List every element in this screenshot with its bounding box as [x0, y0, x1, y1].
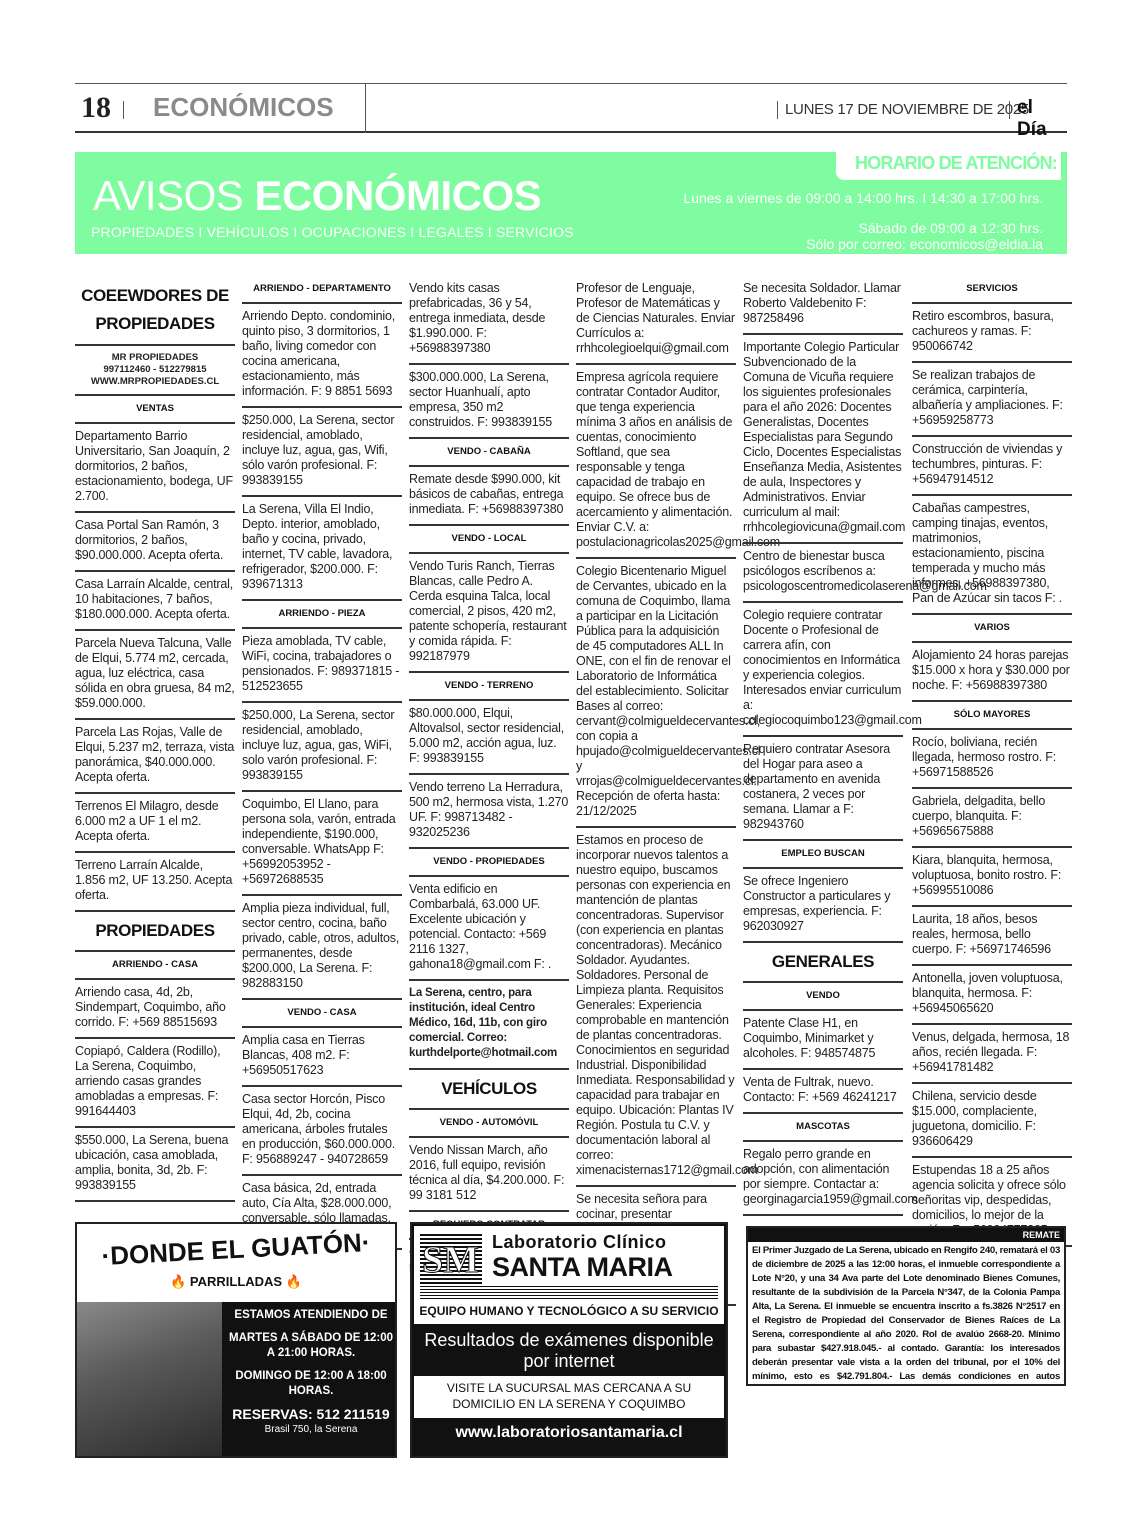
- subsection-label: SÓLO MAYORES: [912, 702, 1072, 730]
- classified-ad: $300.000.000, La Serena, sector Huanhual…: [409, 365, 569, 439]
- lab-logo: SM: [420, 1234, 482, 1290]
- column-1: COEEWDORES DE PROPIEDADES MR PROPIEDADES…: [75, 276, 235, 1202]
- visit-text: VISITE LA SUCURSAL MAS CERCANA A SU DOMI…: [414, 1376, 724, 1418]
- classifieds-banner: AVISOS ECONÓMICOS PROPIEDADES I VEHÍCULO…: [75, 152, 1067, 254]
- subsection-label: MASCOTAS: [743, 1114, 903, 1142]
- classified-ad: Arriendo Depto. condominio, quinto piso,…: [242, 304, 402, 408]
- column-4: Profesor de Lenguaje, Profesor de Matemá…: [576, 276, 736, 1306]
- classified-ad: Terreno Larraín Alcalde, 1.856 m2, UF 13…: [75, 853, 235, 912]
- subsection-label: VENDO - AUTOMÓVIL: [409, 1110, 569, 1138]
- subsection-label: SERVICIOS: [912, 276, 1072, 304]
- restaurant-subtitle: 🔥 PARRILLADAS 🔥: [77, 1274, 395, 1290]
- email-contact: Sólo por correo: economicos@eldia.la: [806, 236, 1043, 252]
- classified-ad: Empresa agrícola requiere contratar Cont…: [576, 365, 736, 559]
- section-title: ECONÓMICOS: [153, 92, 334, 123]
- subsection-label: EMPLEO BUSCAN: [743, 841, 903, 869]
- hours-saturday: Sábado de 09:00 a 12:30 hrs.: [859, 220, 1043, 236]
- subsection-label: VARIOS: [912, 615, 1072, 643]
- classified-ad: Regalo perro grande en adopción, con ali…: [743, 1142, 903, 1216]
- classified-ad: Amplia casa en Tierras Blancas, 408 m2. …: [242, 1028, 402, 1087]
- classified-ad: Casa Larraín Alcalde, central, 10 habita…: [75, 572, 235, 631]
- classified-ad: Vendo Nissan March, año 2016, full equip…: [409, 1138, 569, 1212]
- classified-ad: Importante Colegio Particular Subvencion…: [743, 335, 903, 544]
- classified-ad: Copiapó, Caldera (Rodillo), La Serena, C…: [75, 1039, 235, 1128]
- classified-ad: Laurita, 18 años, besos reales, hermosa,…: [912, 907, 1072, 966]
- column-2: ARRIENDO - DEPARTAMENTO Arriendo Depto. …: [242, 276, 402, 1250]
- classified-ad: Retiro escombros, basura, cachureos y ra…: [912, 304, 1072, 363]
- ad-header: SM Laboratorio Clínico SANTA MARIA EQUIP…: [414, 1226, 724, 1324]
- classified-ad: Parcela Las Rojas, Valle de Elqui, 5.237…: [75, 720, 235, 794]
- ad-laboratorio-santa-maria: SM Laboratorio Clínico SANTA MARIA EQUIP…: [410, 1222, 728, 1458]
- restaurant-name: ·DONDE EL GUATÓN·: [76, 1226, 395, 1274]
- classified-ad: $550.000, La Serena, buena ubicación, ca…: [75, 1128, 235, 1202]
- issue-date: LUNES 17 DE NOVIEMBRE DE 2025: [785, 101, 1029, 118]
- classified-ad: Departamento Barrio Universitario, San J…: [75, 424, 235, 513]
- subsection-label: ARRIENDO - DEPARTAMENTO: [242, 276, 402, 304]
- classified-ad: Antonella, joven voluptuosa, blanquita, …: [912, 966, 1072, 1025]
- subsection-label: VENDO - CASA: [242, 1000, 402, 1028]
- subsection-label: VENDO: [743, 983, 903, 1011]
- divider: [1009, 101, 1010, 119]
- flame-icon: 🔥: [282, 1274, 302, 1289]
- divider: [777, 101, 778, 119]
- classified-ad: $250.000, La Serena, sector residencial,…: [242, 408, 402, 497]
- section-heading: VEHÍCULOS: [409, 1070, 569, 1110]
- hours-title: HORARIO DE ATENCIÓN:: [855, 153, 1057, 174]
- classified-ad: Cabañas campestres, camping tinajas, eve…: [912, 496, 1072, 615]
- featured-ad: La Serena, centro, para institución, ide…: [409, 981, 569, 1070]
- page-number: 18: [81, 91, 111, 125]
- classified-ad: Centro de bienestar busca psicólogos esc…: [743, 544, 903, 603]
- classified-ad: Kiara, blanquita, hermosa, voluptuosa, b…: [912, 848, 1072, 907]
- classified-ad: Vendo kits casas prefabricadas, 36 y 54,…: [409, 276, 569, 365]
- divider: [365, 83, 366, 133]
- classified-ad: Se realizan trabajos de cerámica, carpin…: [912, 363, 1072, 437]
- classified-ad: Requiero contratar Asesora del Hogar par…: [743, 737, 903, 841]
- classified-ad: Casa Portal San Ramón, 3 dormitorios, 2 …: [75, 513, 235, 572]
- classified-ad: Colegio Bicentenario Miguel de Cervantes…: [576, 559, 736, 828]
- classified-ad: Venta edificio en Combarbalá, 63.000 UF.…: [409, 877, 569, 981]
- flame-icon: 🔥: [170, 1274, 190, 1289]
- classified-ad: $80.000.000, Elqui, Altovalsol, sector r…: [409, 701, 569, 775]
- masthead: 18 ECONÓMICOS LUNES 17 DE NOVIEMBRE DE 2…: [75, 85, 1067, 133]
- classified-ad: Pieza amoblada, TV cable, WiFi, cocina, …: [242, 629, 402, 703]
- subsection-label: VENDO - LOCAL: [409, 526, 569, 554]
- classified-ad: Amplia pieza individual, full, sector ce…: [242, 896, 402, 1000]
- column-3: Vendo kits casas prefabricadas, 36 y 54,…: [409, 276, 569, 1312]
- grill-photo: [77, 1302, 222, 1458]
- classified-ad: Profesor de Lenguaje, Profesor de Matemá…: [576, 276, 736, 365]
- classified-ad: Arriendo casa, 4d, 2b, Sindempart, Coqui…: [75, 980, 235, 1039]
- classified-ad: Construcción de viviendas y techumbres, …: [912, 437, 1072, 496]
- subsection-label: VENDO - CABAÑA: [409, 439, 569, 467]
- classified-ad: Se ofrece Ingeniero Constructor a partic…: [743, 869, 903, 943]
- classified-ad: Patente Clase H1, en Coquimbo, Minimarke…: [743, 1011, 903, 1070]
- classified-ad: Vendo terreno La Herradura, 500 m2, herm…: [409, 775, 569, 849]
- legal-notice-remate: REMATE El Primer Juzgado de La Serena, u…: [746, 1226, 1066, 1386]
- column-5: Se necesita Soldador. Llamar Roberto Val…: [743, 276, 903, 1216]
- column-6: SERVICIOS Retiro escombros, basura, cach…: [912, 276, 1072, 1247]
- section-heading: PROPIEDADES: [75, 912, 235, 952]
- classified-ad: Casa sector Horcón, Pisco Elqui, 4d, 2b,…: [242, 1087, 402, 1176]
- subsection-label: VENTAS: [75, 396, 235, 424]
- section-heading: GENERALES: [743, 943, 903, 983]
- ad-donde-el-guaton: ·DONDE EL GUATÓN· 🔥 PARRILLADAS 🔥 ESTAMO…: [75, 1222, 397, 1458]
- newspaper-logo: el Día: [1017, 97, 1067, 141]
- top-rule: [75, 83, 1067, 84]
- advertiser-contact: MR PROPIEDADES 997112460 - 512279815 WWW…: [75, 346, 235, 396]
- classified-ad: Venta de Fultrak, nuevo. Contacto: F: +5…: [743, 1070, 903, 1114]
- classified-ad: Terrenos El Milagro, desde 6.000 m2 a UF…: [75, 794, 235, 853]
- notice-label: REMATE: [748, 1228, 1064, 1242]
- banner-title: AVISOS ECONÓMICOS: [93, 172, 541, 220]
- banner-categories: PROPIEDADES I VEHÍCULOS I OCUPACIONES I …: [91, 224, 574, 240]
- classified-ad: Gabriela, delgadita, bello cuerpo, blanq…: [912, 789, 1072, 848]
- ad-header: ·DONDE EL GUATÓN· 🔥 PARRILLADAS 🔥: [77, 1224, 395, 1302]
- classified-ad: La Serena, Villa El Indio, Depto. interi…: [242, 497, 402, 601]
- ad-info: ESTAMOS ATENDIENDO DE MARTES A SÁBADO DE…: [225, 1308, 397, 1445]
- section-heading: COEEWDORES DE PROPIEDADES: [75, 276, 235, 346]
- classified-ad: Venus, delgada, hermosa, 18 años, recién…: [912, 1025, 1072, 1084]
- classified-ad: Vendo Turis Ranch, Tierras Blancas, call…: [409, 554, 569, 673]
- classified-ad: Chilena, servicio desde $15.000, complac…: [912, 1084, 1072, 1158]
- classified-ad: Estamos en proceso de incorporar nuevos …: [576, 828, 736, 1187]
- classified-ad: Remate desde $990.000, kit básicos de ca…: [409, 467, 569, 526]
- subsection-label: ARRIENDO - CASA: [75, 952, 235, 980]
- classified-ad: Rocío, boliviana, recién llegada, hermos…: [912, 730, 1072, 789]
- hours-weekdays: Lunes a viernes de 09:00 a 14:00 hrs. I …: [683, 190, 1043, 206]
- results-text: Resultados de exámenes disponible por in…: [412, 1330, 726, 1372]
- classified-ad: Coquimbo, El Llano, para persona sola, v…: [242, 792, 402, 896]
- classified-ad: Parcela Nueva Talcuna, Valle de Elqui, 5…: [75, 631, 235, 720]
- divider: [123, 101, 124, 119]
- classified-ad: Alojamiento 24 horas parejas $15.000 x h…: [912, 643, 1072, 702]
- notice-text: El Primer Juzgado de La Serena, ubicado …: [748, 1242, 1064, 1386]
- subsection-label: ARRIENDO - PIEZA: [242, 601, 402, 629]
- classified-ad: Se necesita Soldador. Llamar Roberto Val…: [743, 276, 903, 335]
- subsection-label: VENDO - TERRENO: [409, 673, 569, 701]
- lab-url: www.laboratoriosantamaria.cl: [412, 1424, 726, 1442]
- decorative-lines: [420, 1286, 718, 1300]
- classified-ad: $250.000, La Serena, sector residencial,…: [242, 703, 402, 792]
- subsection-label: VENDO - PROPIEDADES: [409, 849, 569, 877]
- classified-ad: Colegio requiere contratar Docente o Pro…: [743, 603, 903, 737]
